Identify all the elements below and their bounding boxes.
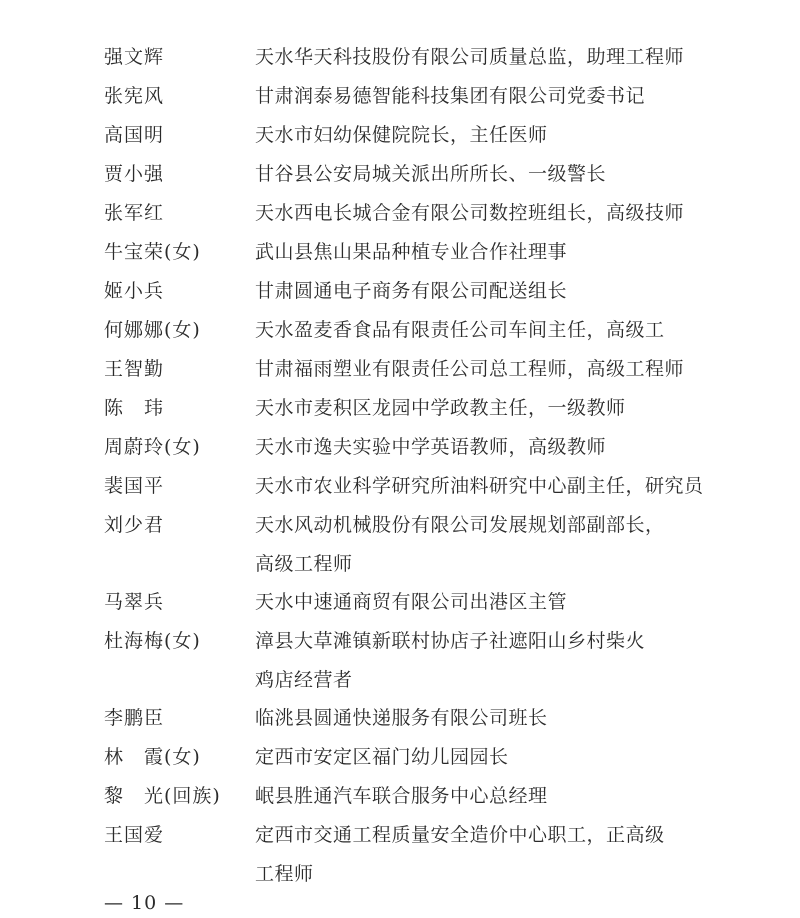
list-item: 姬小兵 甘肃圆通电子商务有限公司配送组长 bbox=[0, 272, 800, 311]
person-name: 刘少君 bbox=[104, 506, 164, 545]
list-item: 王国爱 定西市交通工程质量安全造价中心职工，正高级工程师 bbox=[0, 816, 800, 894]
list-item: 强文辉 天水华天科技股份有限公司质量总监，助理工程师 bbox=[0, 38, 800, 77]
person-position: 甘肃润泰易德智能科技集团有限公司党委书记 bbox=[255, 77, 705, 116]
person-name: 张宪风 bbox=[104, 77, 164, 116]
person-name: 姬小兵 bbox=[104, 272, 164, 311]
person-position: 岷县胜通汽车联合服务中心总经理 bbox=[255, 777, 705, 816]
page-number: — 10 — bbox=[104, 888, 184, 918]
list-item: 王智勤 甘肃福雨塑业有限责任公司总工程师，高级工程师 bbox=[0, 350, 800, 389]
person-name: 周蔚玲(女) bbox=[104, 428, 201, 467]
person-position: 天水盈麦香食品有限责任公司车间主任，高级工 bbox=[255, 311, 705, 350]
person-name: 张军红 bbox=[104, 194, 164, 233]
person-position: 天水风动机械股份有限公司发展规划部副部长，高级工程师 bbox=[255, 506, 705, 584]
list-item: 张宪风 甘肃润泰易德智能科技集团有限公司党委书记 bbox=[0, 77, 800, 116]
list-item: 贾小强 甘谷县公安局城关派出所所长、一级警长 bbox=[0, 155, 800, 194]
person-name: 王智勤 bbox=[104, 350, 164, 389]
list-item: 黎 光(回族) 岷县胜通汽车联合服务中心总经理 bbox=[0, 777, 800, 816]
person-name: 林 霞(女) bbox=[104, 738, 201, 777]
person-position: 临洮县圆通快递服务有限公司班长 bbox=[255, 699, 705, 738]
person-position: 天水市妇幼保健院院长，主任医师 bbox=[255, 116, 705, 155]
person-position: 武山县焦山果品种植专业合作社理事 bbox=[255, 233, 705, 272]
person-name: 杜海梅(女) bbox=[104, 622, 201, 661]
list-item: 张军红 天水西电长城合金有限公司数控班组长，高级技师 bbox=[0, 194, 800, 233]
list-item: 牛宝荣(女) 武山县焦山果品种植专业合作社理事 bbox=[0, 233, 800, 272]
person-name: 强文辉 bbox=[104, 38, 164, 77]
person-name: 牛宝荣(女) bbox=[104, 233, 201, 272]
person-position: 天水市农业科学研究所油料研究中心副主任，研究员 bbox=[255, 467, 705, 506]
list-item: 林 霞(女) 定西市安定区福门幼儿园园长 bbox=[0, 738, 800, 777]
person-position: 天水中速通商贸有限公司出港区主管 bbox=[255, 583, 705, 622]
list-item: 马翠兵 天水中速通商贸有限公司出港区主管 bbox=[0, 583, 800, 622]
person-position: 天水西电长城合金有限公司数控班组长，高级技师 bbox=[255, 194, 705, 233]
person-name: 陈 玮 bbox=[104, 389, 164, 428]
person-position: 漳县大草滩镇新联村协店子社遮阳山乡村柴火鸡店经营者 bbox=[255, 622, 705, 700]
list-item: 杜海梅(女) 漳县大草滩镇新联村协店子社遮阳山乡村柴火鸡店经营者 bbox=[0, 622, 800, 700]
list-item: 高国明 天水市妇幼保健院院长，主任医师 bbox=[0, 116, 800, 155]
list-item: 裴国平 天水市农业科学研究所油料研究中心副主任，研究员 bbox=[0, 467, 800, 506]
person-position: 定西市安定区福门幼儿园园长 bbox=[255, 738, 705, 777]
person-name: 何娜娜(女) bbox=[104, 311, 201, 350]
list-item: 李鹏臣 临洮县圆通快递服务有限公司班长 bbox=[0, 699, 800, 738]
person-position: 甘肃福雨塑业有限责任公司总工程师，高级工程师 bbox=[255, 350, 705, 389]
list-item: 刘少君 天水风动机械股份有限公司发展规划部副部长，高级工程师 bbox=[0, 506, 800, 584]
person-position: 天水华天科技股份有限公司质量总监，助理工程师 bbox=[255, 38, 705, 77]
person-position: 天水市麦积区龙园中学政教主任，一级教师 bbox=[255, 389, 705, 428]
person-position: 甘肃圆通电子商务有限公司配送组长 bbox=[255, 272, 705, 311]
list-item: 周蔚玲(女) 天水市逸夫实验中学英语教师，高级教师 bbox=[0, 428, 800, 467]
person-position: 天水市逸夫实验中学英语教师，高级教师 bbox=[255, 428, 705, 467]
person-position: 甘谷县公安局城关派出所所长、一级警长 bbox=[255, 155, 705, 194]
list-item: 何娜娜(女) 天水盈麦香食品有限责任公司车间主任，高级工 bbox=[0, 311, 800, 350]
person-name: 高国明 bbox=[104, 116, 164, 155]
person-name: 裴国平 bbox=[104, 467, 164, 506]
person-name: 马翠兵 bbox=[104, 583, 164, 622]
person-name: 李鹏臣 bbox=[104, 699, 164, 738]
person-name: 贾小强 bbox=[104, 155, 164, 194]
person-position: 定西市交通工程质量安全造价中心职工，正高级工程师 bbox=[255, 816, 705, 894]
list-item: 陈 玮 天水市麦积区龙园中学政教主任，一级教师 bbox=[0, 389, 800, 428]
person-name: 王国爱 bbox=[104, 816, 164, 855]
person-name: 黎 光(回族) bbox=[104, 777, 221, 816]
